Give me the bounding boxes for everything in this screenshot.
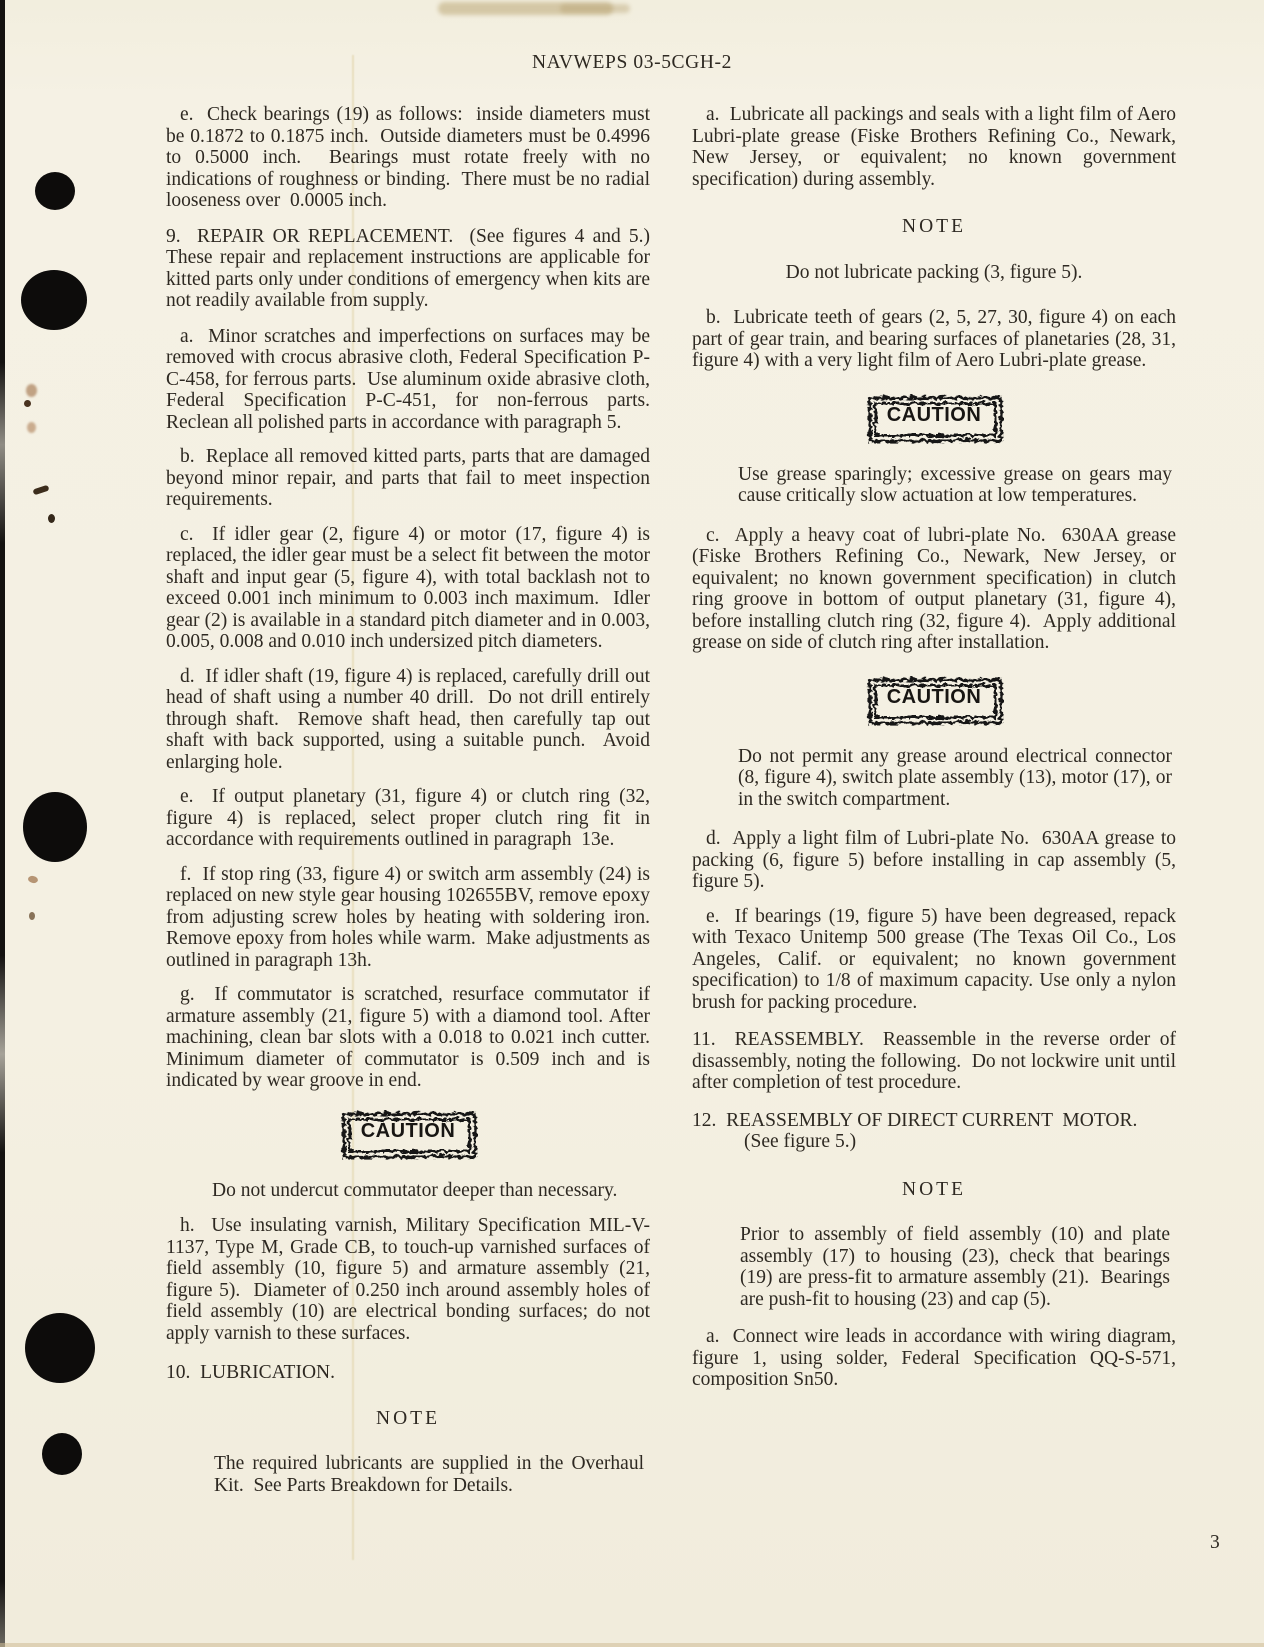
document-page: NAVWEPS 03-5CGH-2 3 e. Check bearings (1…	[0, 0, 1264, 1647]
paragraph-c-heavy-coat: c. Apply a heavy coat of lubri-plate No.…	[692, 525, 1176, 654]
scan-edge-strip	[0, 0, 5, 1647]
scan-bottom-edge	[0, 1643, 1264, 1647]
left-column: e. Check bearings (19) as follows: insid…	[166, 104, 650, 1512]
caution-box: CAUTION	[338, 1108, 478, 1160]
paper-speck	[48, 514, 55, 523]
paragraph-12-reassembly-motor: 12. REASSEMBLY OF DIRECT CURRENT MOTOR. …	[692, 1110, 1176, 1153]
paragraph-b-lubricate-teeth: b. Lubricate teeth of gears (2, 5, 27, 3…	[692, 307, 1176, 372]
paper-speck	[26, 384, 37, 397]
paragraph-f-stop-ring: f. If stop ring (33, figure 4) or switch…	[166, 864, 650, 972]
paragraph-e-bearings-degreased: e. If bearings (19, figure 5) have been …	[692, 906, 1176, 1014]
caution-label: CAUTION	[864, 405, 1004, 427]
paper-speck	[27, 422, 36, 433]
paragraph-e-output-planetary: e. If output planetary (31, figure 4) or…	[166, 786, 650, 851]
binder-hole-mark	[25, 1313, 95, 1383]
paragraph-a-minor-scratches: a. Minor scratches and imperfections on …	[166, 326, 650, 434]
binder-hole-mark	[42, 1433, 82, 1475]
caution-text-grease-sparingly: Use grease sparingly; excessive grease o…	[692, 464, 1176, 507]
paragraph-e-check-bearings: e. Check bearings (19) as follows: insid…	[166, 104, 650, 212]
note-heading: NOTE	[692, 1179, 1176, 1201]
paragraph-a-lubricate-packings: a. Lubricate all packings and seals with…	[692, 104, 1176, 190]
note-heading: NOTE	[692, 216, 1176, 238]
paragraph-9-repair-or-replacement: 9. REPAIR OR REPLACEMENT. (See figures 4…	[166, 226, 650, 312]
paragraph-11-reassembly: 11. REASSEMBLY. Reassemble in the revers…	[692, 1029, 1176, 1094]
note-heading: NOTE	[166, 1408, 650, 1430]
binder-hole-mark	[21, 270, 87, 330]
paper-speck	[27, 875, 38, 884]
paragraph-a-connect-wire: a. Connect wire leads in accordance with…	[692, 1326, 1176, 1391]
caution-text-undercut: Do not undercut commutator deeper than n…	[166, 1180, 650, 1202]
top-smudge-mark-2	[560, 4, 630, 13]
paper-speck	[29, 912, 35, 920]
caution-label: CAUTION	[338, 1121, 478, 1143]
note-text-prior-assembly: Prior to assembly of field assembly (10)…	[692, 1224, 1176, 1310]
note-text-lubricants: The required lubricants are supplied in …	[166, 1453, 650, 1496]
binder-hole-mark	[35, 172, 75, 210]
caution-label: CAUTION	[864, 687, 1004, 709]
paper-speck	[32, 485, 49, 496]
paper-speck	[24, 400, 31, 407]
caution-box: CAUTION	[864, 674, 1004, 726]
paragraph-d-idler-shaft: d. If idler shaft (19, figure 4) is repl…	[166, 666, 650, 774]
binder-hole-mark	[23, 792, 87, 862]
heading-10-lubrication: 10. LUBRICATION.	[166, 1362, 650, 1384]
paragraph-b-replace-parts: b. Replace all removed kitted parts, par…	[166, 446, 650, 511]
paragraph-c-idler-gear: c. If idler gear (2, figure 4) or motor …	[166, 524, 650, 653]
page-number: 3	[1210, 1532, 1220, 1554]
right-column: a. Lubricate all packings and seals with…	[692, 104, 1176, 1404]
note-text-do-not-lubricate: Do not lubricate packing (3, figure 5).	[692, 262, 1176, 284]
paragraph-d-light-film: d. Apply a light film of Lubri-plate No.…	[692, 828, 1176, 893]
caution-text-no-grease-electrical: Do not permit any grease around electric…	[692, 746, 1176, 811]
caution-box: CAUTION	[864, 392, 1004, 444]
paragraph-h-insulating-varnish: h. Use insulating varnish, Military Spec…	[166, 1215, 650, 1344]
paragraph-g-commutator: g. If commutator is scratched, resurface…	[166, 984, 650, 1092]
page-header-title: NAVWEPS 03-5CGH-2	[0, 52, 1264, 74]
